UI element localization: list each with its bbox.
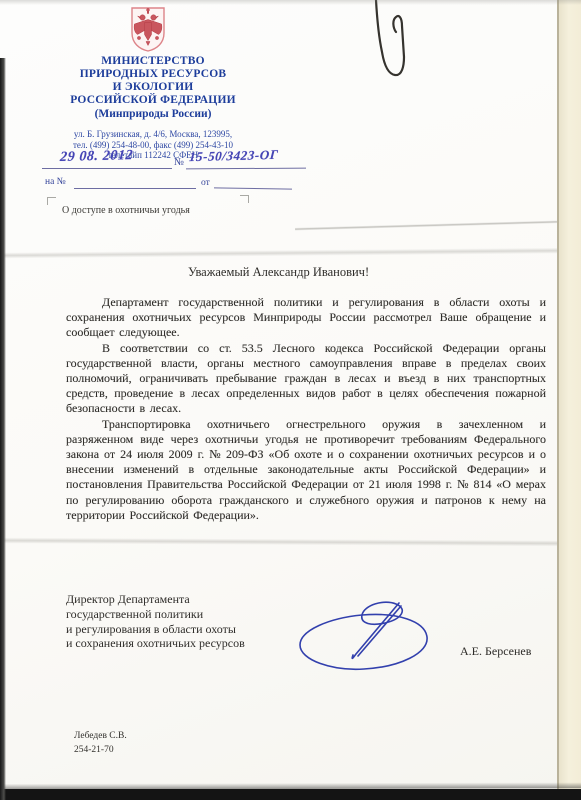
scan-edge-top	[0, 0, 581, 5]
signer-title-block: Директор Департамента государственной по…	[66, 592, 245, 651]
ministry-short-name: (Минприроды России)	[28, 108, 278, 121]
scan-edge-bottom	[0, 789, 581, 800]
backing-sheet-edge	[557, 0, 581, 789]
scan-edge-left	[0, 58, 6, 800]
paperclip-icon	[362, 0, 417, 85]
scanned-letter: МИНИСТЕРСТВО ПРИРОДНЫХ РЕСУРСОВ И ЭКОЛОГ…	[0, 0, 581, 800]
signer-title-line: Директор Департамента	[66, 592, 245, 607]
letter-subject: О доступе в охотничьи угодья	[62, 205, 190, 216]
body-paragraph: Департамент государственной политики и р…	[66, 295, 546, 341]
ministry-name-line: ПРИРОДНЫХ РЕСУРСОВ	[28, 68, 278, 81]
ministry-name-line: И ЭКОЛОГИИ	[28, 81, 278, 94]
handwritten-date: 29 08. 2012	[59, 148, 133, 166]
handwritten-outgoing-number: 15-50/3423-ОГ	[188, 147, 279, 165]
signer-title-line: государственной политики	[66, 607, 245, 622]
letterhead: МИНИСТЕРСТВО ПРИРОДНЫХ РЕСУРСОВ И ЭКОЛОГ…	[28, 55, 278, 161]
reply-to-number-label: на №	[45, 177, 66, 187]
reply-number-underline	[74, 188, 196, 189]
russian-coat-of-arms-icon	[128, 5, 168, 53]
signer-title-line: и сохранения охотничьих ресурсов	[66, 636, 245, 651]
date-underline	[42, 168, 172, 169]
ministry-name-line: РОССИЙСКОЙ ФЕДЕРАЦИИ	[28, 94, 278, 107]
executor-phone: 254-21-70	[74, 743, 127, 757]
executor-block: Лебедев С.В. 254-21-70	[74, 729, 127, 757]
ministry-name-line: МИНИСТЕРСТВО	[28, 55, 278, 68]
corner-bracket-left	[47, 197, 56, 205]
body-paragraph: Транспортировка охотничьего огнестрельно…	[66, 417, 546, 523]
signer-name: А.Е. Берсенев	[460, 644, 531, 659]
greeting-line: Уважаемый Александр Иванович!	[188, 265, 369, 280]
body-paragraph: В соответствии со ст. 53.5 Лесного кодек…	[66, 341, 546, 417]
executor-name: Лебедев С.В.	[74, 729, 127, 743]
address-line: ул. Б. Грузинская, д. 4/6, Москва, 12399…	[28, 129, 278, 140]
corner-bracket-right	[240, 195, 249, 203]
letter-body: Департамент государственной политики и р…	[66, 295, 546, 523]
reply-date-label: от	[201, 178, 210, 188]
signer-title-line: и регулирования в области охоты	[66, 622, 245, 637]
number-sign-label: №	[174, 157, 184, 168]
handwritten-signature	[292, 598, 440, 684]
